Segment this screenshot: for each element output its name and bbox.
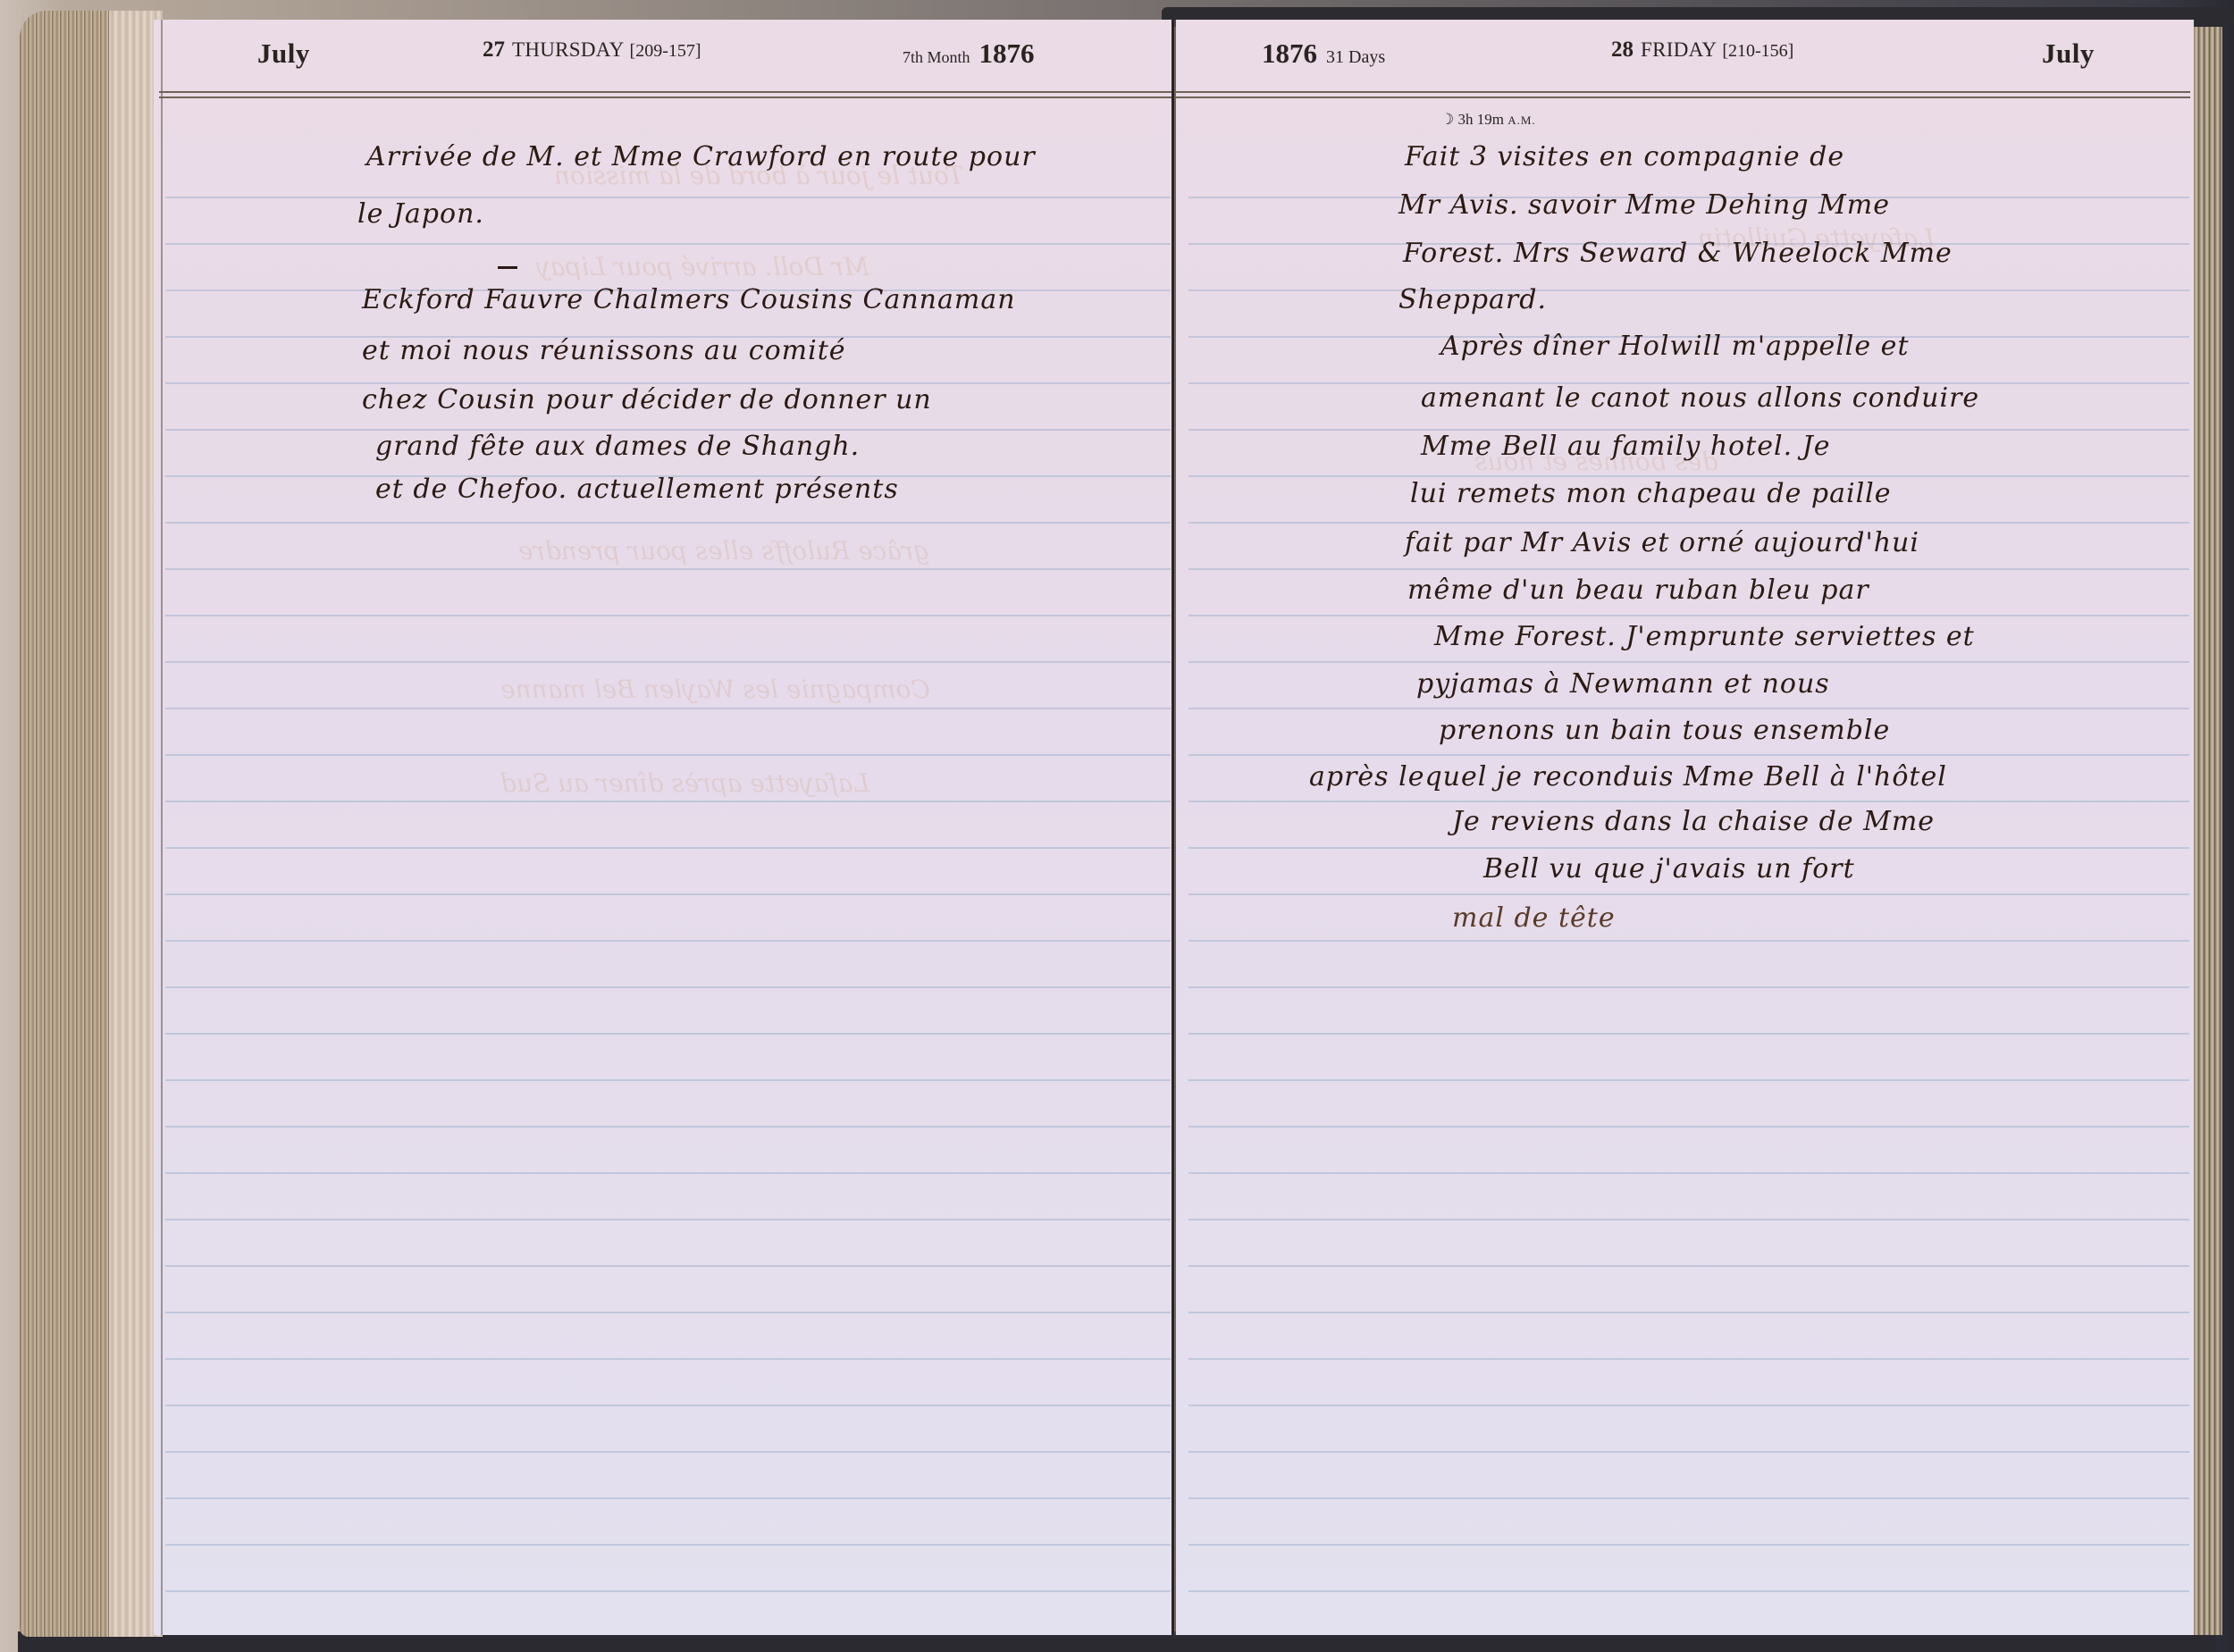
entry-line: lui remets mon chapeau de paille <box>1410 478 1892 509</box>
left-page-border <box>161 20 163 1635</box>
right-page-date: 28 FRIDAY [210-156] <box>1611 38 1793 82</box>
header-month-ordinal: 7th Month <box>903 48 970 67</box>
entry-line: grand fête aux dames de Shangh. <box>375 431 860 462</box>
right-page-month: July <box>2042 38 2095 82</box>
entry-line: amenant le canot nous allons conduire <box>1421 382 1979 414</box>
separator-dash <box>498 266 517 269</box>
header-day-name: FRIDAY <box>1641 38 1717 62</box>
right-header-double-rule <box>1174 91 2190 98</box>
bleed-through-text: Compagnie les Waylen Bel manne <box>500 675 930 704</box>
header-day-name: THURSDAY <box>512 38 625 62</box>
header-year: 1876 <box>1262 38 1317 70</box>
entry-line: chez Cousin pour décider de donner un <box>362 384 932 415</box>
entry-line: Mme Forest. J'emprunte serviettes et <box>1434 621 1975 652</box>
entry-line: Mme Bell au family hotel. Je <box>1421 431 1830 462</box>
moon-phase: ☽ 3h 19m A.M. <box>1440 111 1536 129</box>
left-page-ruled-lines <box>165 152 1171 1617</box>
entry-line: pyjamas à Newmann et nous <box>1416 668 1830 700</box>
entry-line: le Japon. <box>357 198 484 230</box>
entry-line: Je reviens dans la chaise de Mme <box>1452 806 1935 837</box>
bleed-through-text: Lafayette après dîner au Sud <box>500 768 869 798</box>
entry-line: après lequel je reconduis Mme Bell à l'h… <box>1309 761 1947 792</box>
left-page-month-year: 7th Month 1876 <box>903 38 1035 82</box>
header-month: July <box>257 38 310 70</box>
moon-period: A.M. <box>1508 113 1535 127</box>
right-page-ruled-lines <box>1188 152 2189 1617</box>
header-year: 1876 <box>979 38 1035 70</box>
moon-icon: ☽ <box>1440 111 1454 128</box>
entry-line: Eckford Fauvre Chalmers Cousins Cannaman <box>362 284 1016 315</box>
left-page-edges <box>20 11 163 1637</box>
entry-line: fait par Mr Avis et orné aujourd'hui <box>1405 527 1919 558</box>
header-day-count: [209-157] <box>630 41 701 62</box>
entry-line: et de Chefoo. actuellement présents <box>375 474 899 505</box>
header-month: July <box>2042 38 2095 70</box>
left-page-header: July <box>257 38 310 82</box>
header-day-count: [210-156] <box>1722 41 1793 62</box>
left-header-double-rule <box>159 91 1172 98</box>
header-days-in-month: 31 Days <box>1326 47 1385 68</box>
entry-line: mal de tête <box>1452 902 1616 934</box>
entry-line: Arrivée de M. et Mme Crawford en route p… <box>366 141 1036 172</box>
header-day-number: 28 <box>1611 38 1634 63</box>
entry-line: Après dîner Holwill m'appelle et <box>1440 331 1910 362</box>
entry-line: Sheppard. <box>1398 284 1547 315</box>
entry-line: Bell vu que j'avais un fort <box>1483 853 1855 885</box>
bleed-through-text: Mr Doll. arrivé pour Lipay <box>536 252 869 281</box>
entry-line: Forest. Mrs Seward & Wheelock Mme <box>1403 238 1953 269</box>
entry-line: prenons un bain tous ensemble <box>1439 715 1890 746</box>
entry-line: Fait 3 visites en compagnie de <box>1405 141 1844 172</box>
bleed-through-text: grâce Ruloffs elles pour prendre <box>518 536 929 566</box>
right-page-year-days: 1876 31 Days <box>1262 38 1385 82</box>
entry-line: Mr Avis. savoir Mme Dehing Mme <box>1398 189 1890 221</box>
right-page-edges <box>2194 27 2222 1635</box>
entry-line: même d'un beau ruban bleu par <box>1407 574 1869 606</box>
moon-time: 3h 19m <box>1458 111 1504 128</box>
left-page-date: 27 THURSDAY [209-157] <box>483 38 701 82</box>
header-day-number: 27 <box>483 38 505 63</box>
entry-line: et moi nous réunissons au comité <box>362 335 846 366</box>
